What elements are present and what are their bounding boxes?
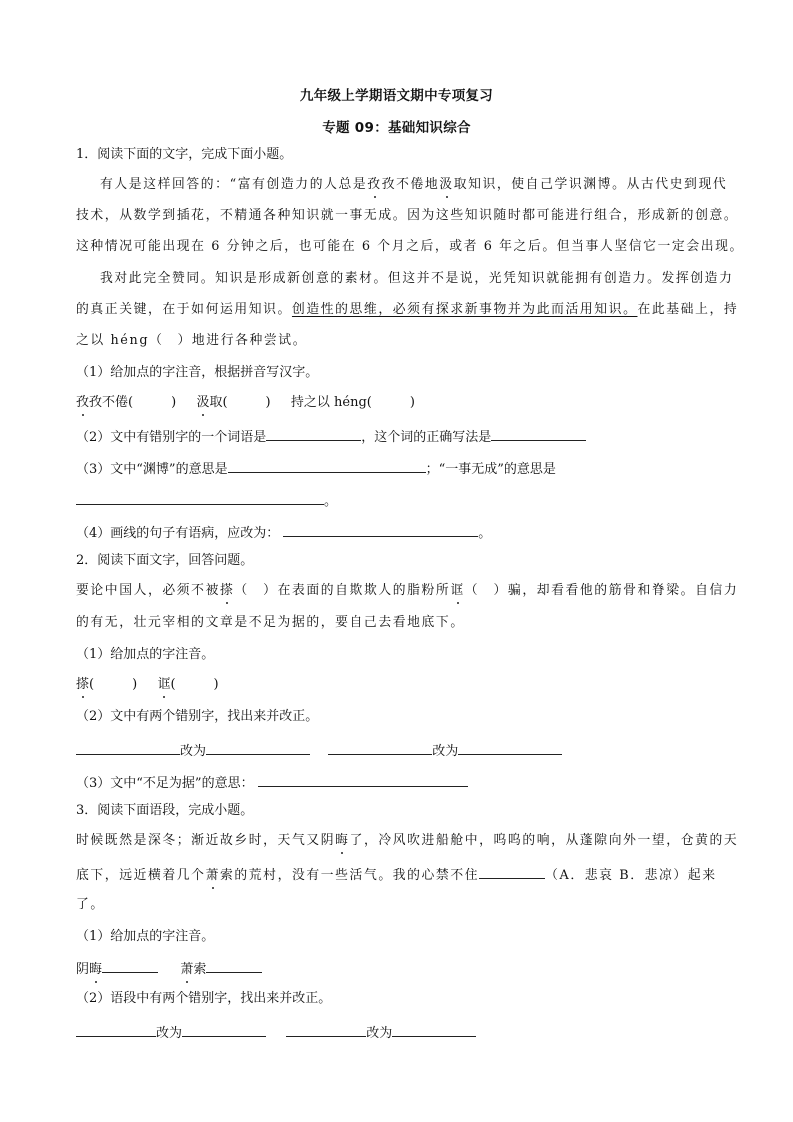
answer-blank[interactable] xyxy=(258,772,468,787)
q2-sub1-answers: 搽() 诓() xyxy=(76,676,219,694)
answer-blank[interactable] xyxy=(206,958,262,973)
dotted-char: 孜 xyxy=(367,176,381,194)
text: （4）画线的句子有语病，应改为： xyxy=(76,526,279,541)
q3-sub2-answers: 改为 改为 xyxy=(76,1022,476,1043)
q3-passage-line: 了。 xyxy=(76,896,105,914)
answer-blank[interactable] xyxy=(182,1022,266,1037)
text: 改为 xyxy=(180,744,206,759)
answer-blank[interactable] xyxy=(76,1022,156,1037)
q2-sub3: （3）文中“不足为据”的意思： xyxy=(76,772,468,793)
document-title: 九年级上学期语文期中专项复习 xyxy=(0,84,793,104)
text: （ ）骗，却看看他的筋骨和脊梁。自信力 xyxy=(465,583,739,598)
q1-sub1-answers: 孜孜不倦() 汲取() 持之以 héng() xyxy=(76,394,415,412)
q1-passage-line: 我对此完全赞同。知识是形成新创意的素材。但这并不是说，光凭知识就能拥有创造力。发… xyxy=(100,270,733,288)
text: 孜不倦( xyxy=(89,395,133,410)
answer-blank[interactable] xyxy=(266,426,361,441)
q3-passage-line: 底下，远近横着几个萧索的荒村，没有一些活气。我的心禁不住（A．悲哀 B．悲凉）起… xyxy=(76,864,717,885)
q2-sub1-prompt: （1）给加点的字注音。 xyxy=(76,646,214,664)
q2-passage-line: 的有无，壮元宰相的文章是不足为据的，要自己去看地底下。 xyxy=(76,614,465,632)
document-subtitle: 专题 09：基础知识综合 xyxy=(0,116,793,136)
text: 了，冷风吹进船舱中，呜呜的响，从蓬隙向外一望，仓黄的天 xyxy=(350,833,739,848)
q1-passage-line: 之以 héng（）地进行各种尝试。 xyxy=(76,332,307,350)
q1-sub1-prompt: （1）给加点的字注音，根据拼音写汉字。 xyxy=(76,364,318,382)
q1-passage-line: 这种情况可能出现在 6 分钟之后，也可能在 6 个月之后，或者 6 年之后。但当… xyxy=(76,238,744,256)
text: 。 xyxy=(478,526,491,541)
q3-sub2-prompt: （2）语段中有两个错别字，找出来并改正。 xyxy=(76,990,331,1008)
text: 阴 xyxy=(76,962,89,977)
dotted-char: 孜 xyxy=(76,394,89,412)
answer-blank[interactable] xyxy=(76,740,180,755)
text: 的真正关键，在于如何运用知识。 xyxy=(76,302,292,317)
answer-blank[interactable] xyxy=(206,740,310,755)
dotted-char: 晦 xyxy=(89,961,102,979)
underlined-sentence: 创造性的思维，必须有探求新事物并为此而活用知识。 xyxy=(292,302,638,317)
answer-blank[interactable] xyxy=(286,1022,366,1037)
text: ；“一事无成”的意思是 xyxy=(426,462,556,477)
text: ( xyxy=(170,677,175,692)
text: ) xyxy=(266,395,271,410)
text: 在此基础上，持 xyxy=(637,302,738,317)
answer-blank[interactable] xyxy=(228,458,426,473)
q3-stem: 3．阅读下面语段，完成小题。 xyxy=(76,802,253,820)
text: ) xyxy=(132,677,137,692)
text: 孜不倦地 xyxy=(382,177,440,192)
answer-blank[interactable] xyxy=(283,522,478,537)
answer-blank[interactable] xyxy=(392,1022,476,1037)
text: 之以 héng（ xyxy=(76,333,164,348)
text: 改为 xyxy=(432,744,458,759)
text: 持之以 héng( xyxy=(291,395,372,410)
q2-stem: 2．阅读下面文字，回答问题。 xyxy=(76,552,253,570)
text: 。 xyxy=(324,494,337,509)
text: 索 xyxy=(193,962,206,977)
text: 索的荒村，没有一些活气。我的心禁不住 xyxy=(220,868,479,883)
q2-sub2-answers: 改为 改为 xyxy=(76,740,562,761)
dotted-char: 汲 xyxy=(439,176,453,194)
dotted-char: 萧 xyxy=(206,867,220,885)
q1-sub2: （2）文中有错别字的一个词语是，这个词的正确写法是 xyxy=(76,426,586,447)
text: 底下，远近横着几个 xyxy=(76,868,206,883)
text: 取知识，使自己学识渊博。从古代史到现代 xyxy=(454,177,728,192)
dotted-char: 搽 xyxy=(220,582,234,600)
q2-sub2-prompt: （2）文中有两个错别字，找出来并改正。 xyxy=(76,708,318,726)
text: 取( xyxy=(209,395,227,410)
text: ( xyxy=(89,677,94,692)
dotted-char: 汲 xyxy=(196,394,209,412)
q1-sub3-cont: 。 xyxy=(76,490,337,511)
q1-passage-line: 的真正关键，在于如何运用知识。创造性的思维，必须有探求新事物并为此而活用知识。在… xyxy=(76,301,738,319)
text: ）地进行各种尝试。 xyxy=(178,333,308,348)
answer-blank[interactable] xyxy=(328,740,432,755)
q1-passage-line: 有人是这样回答的：“富有创造力的人总是孜孜不倦地汲取知识，使自己学识渊博。从古代… xyxy=(100,176,727,194)
text: （A．悲哀 B．悲凉）起来 xyxy=(545,868,716,883)
answer-blank[interactable] xyxy=(102,958,158,973)
document-page: 九年级上学期语文期中专项复习 专题 09：基础知识综合 1．阅读下面的文字，完成… xyxy=(0,0,793,1122)
dotted-char: 诓 xyxy=(157,676,170,694)
text: 改为 xyxy=(156,1026,182,1041)
dotted-char: 萧 xyxy=(180,961,193,979)
q2-passage-line: 要论中国人，必须不被搽（ ）在表面的自欺欺人的脂粉所诓（ ）骗，却看看他的筋骨和… xyxy=(76,582,738,600)
q3-passage-line: 时候既然是深冬；渐近故乡时，天气又阴晦了，冷风吹进船舱中，呜呜的响，从蓬隙向外一… xyxy=(76,832,738,850)
answer-blank[interactable] xyxy=(76,490,324,505)
q1-passage-line: 技术，从数学到插花，不精通各种知识就一事无成。因为这些知识随时都可能进行组合，形… xyxy=(76,207,738,225)
dotted-char: 晦 xyxy=(335,832,349,850)
text: （ ）在表面的自欺欺人的脂粉所 xyxy=(234,583,450,598)
text: （3）文中“渊博”的意思是 xyxy=(76,462,228,477)
dotted-char: 搽 xyxy=(76,676,89,694)
q3-sub1-prompt: （1）给加点的字注音。 xyxy=(76,928,214,946)
text: 时候既然是深冬；渐近故乡时，天气又阴 xyxy=(76,833,335,848)
q1-sub3: （3）文中“渊博”的意思是；“一事无成”的意思是 xyxy=(76,458,556,479)
text: ，这个词的正确写法是 xyxy=(361,430,491,445)
q1-stem: 1．阅读下面的文字，完成下面小题。 xyxy=(76,146,292,164)
answer-blank[interactable] xyxy=(479,864,545,879)
text: （2）文中有错别字的一个词语是 xyxy=(76,430,266,445)
answer-blank[interactable] xyxy=(491,426,586,441)
text: ) xyxy=(410,395,415,410)
text: （3）文中“不足为据”的意思： xyxy=(76,776,254,791)
answer-blank[interactable] xyxy=(458,740,562,755)
text: ) xyxy=(171,395,176,410)
q3-sub1-answers: 阴晦 萧索 xyxy=(76,958,262,979)
text: 改为 xyxy=(366,1026,392,1041)
text: ) xyxy=(214,677,219,692)
q1-sub4: （4）画线的句子有语病，应改为：。 xyxy=(76,522,491,543)
text: 有人是这样回答的：“富有创造力的人总是 xyxy=(100,177,367,192)
text: 要论中国人，必须不被 xyxy=(76,583,220,598)
dotted-char: 诓 xyxy=(450,582,464,600)
